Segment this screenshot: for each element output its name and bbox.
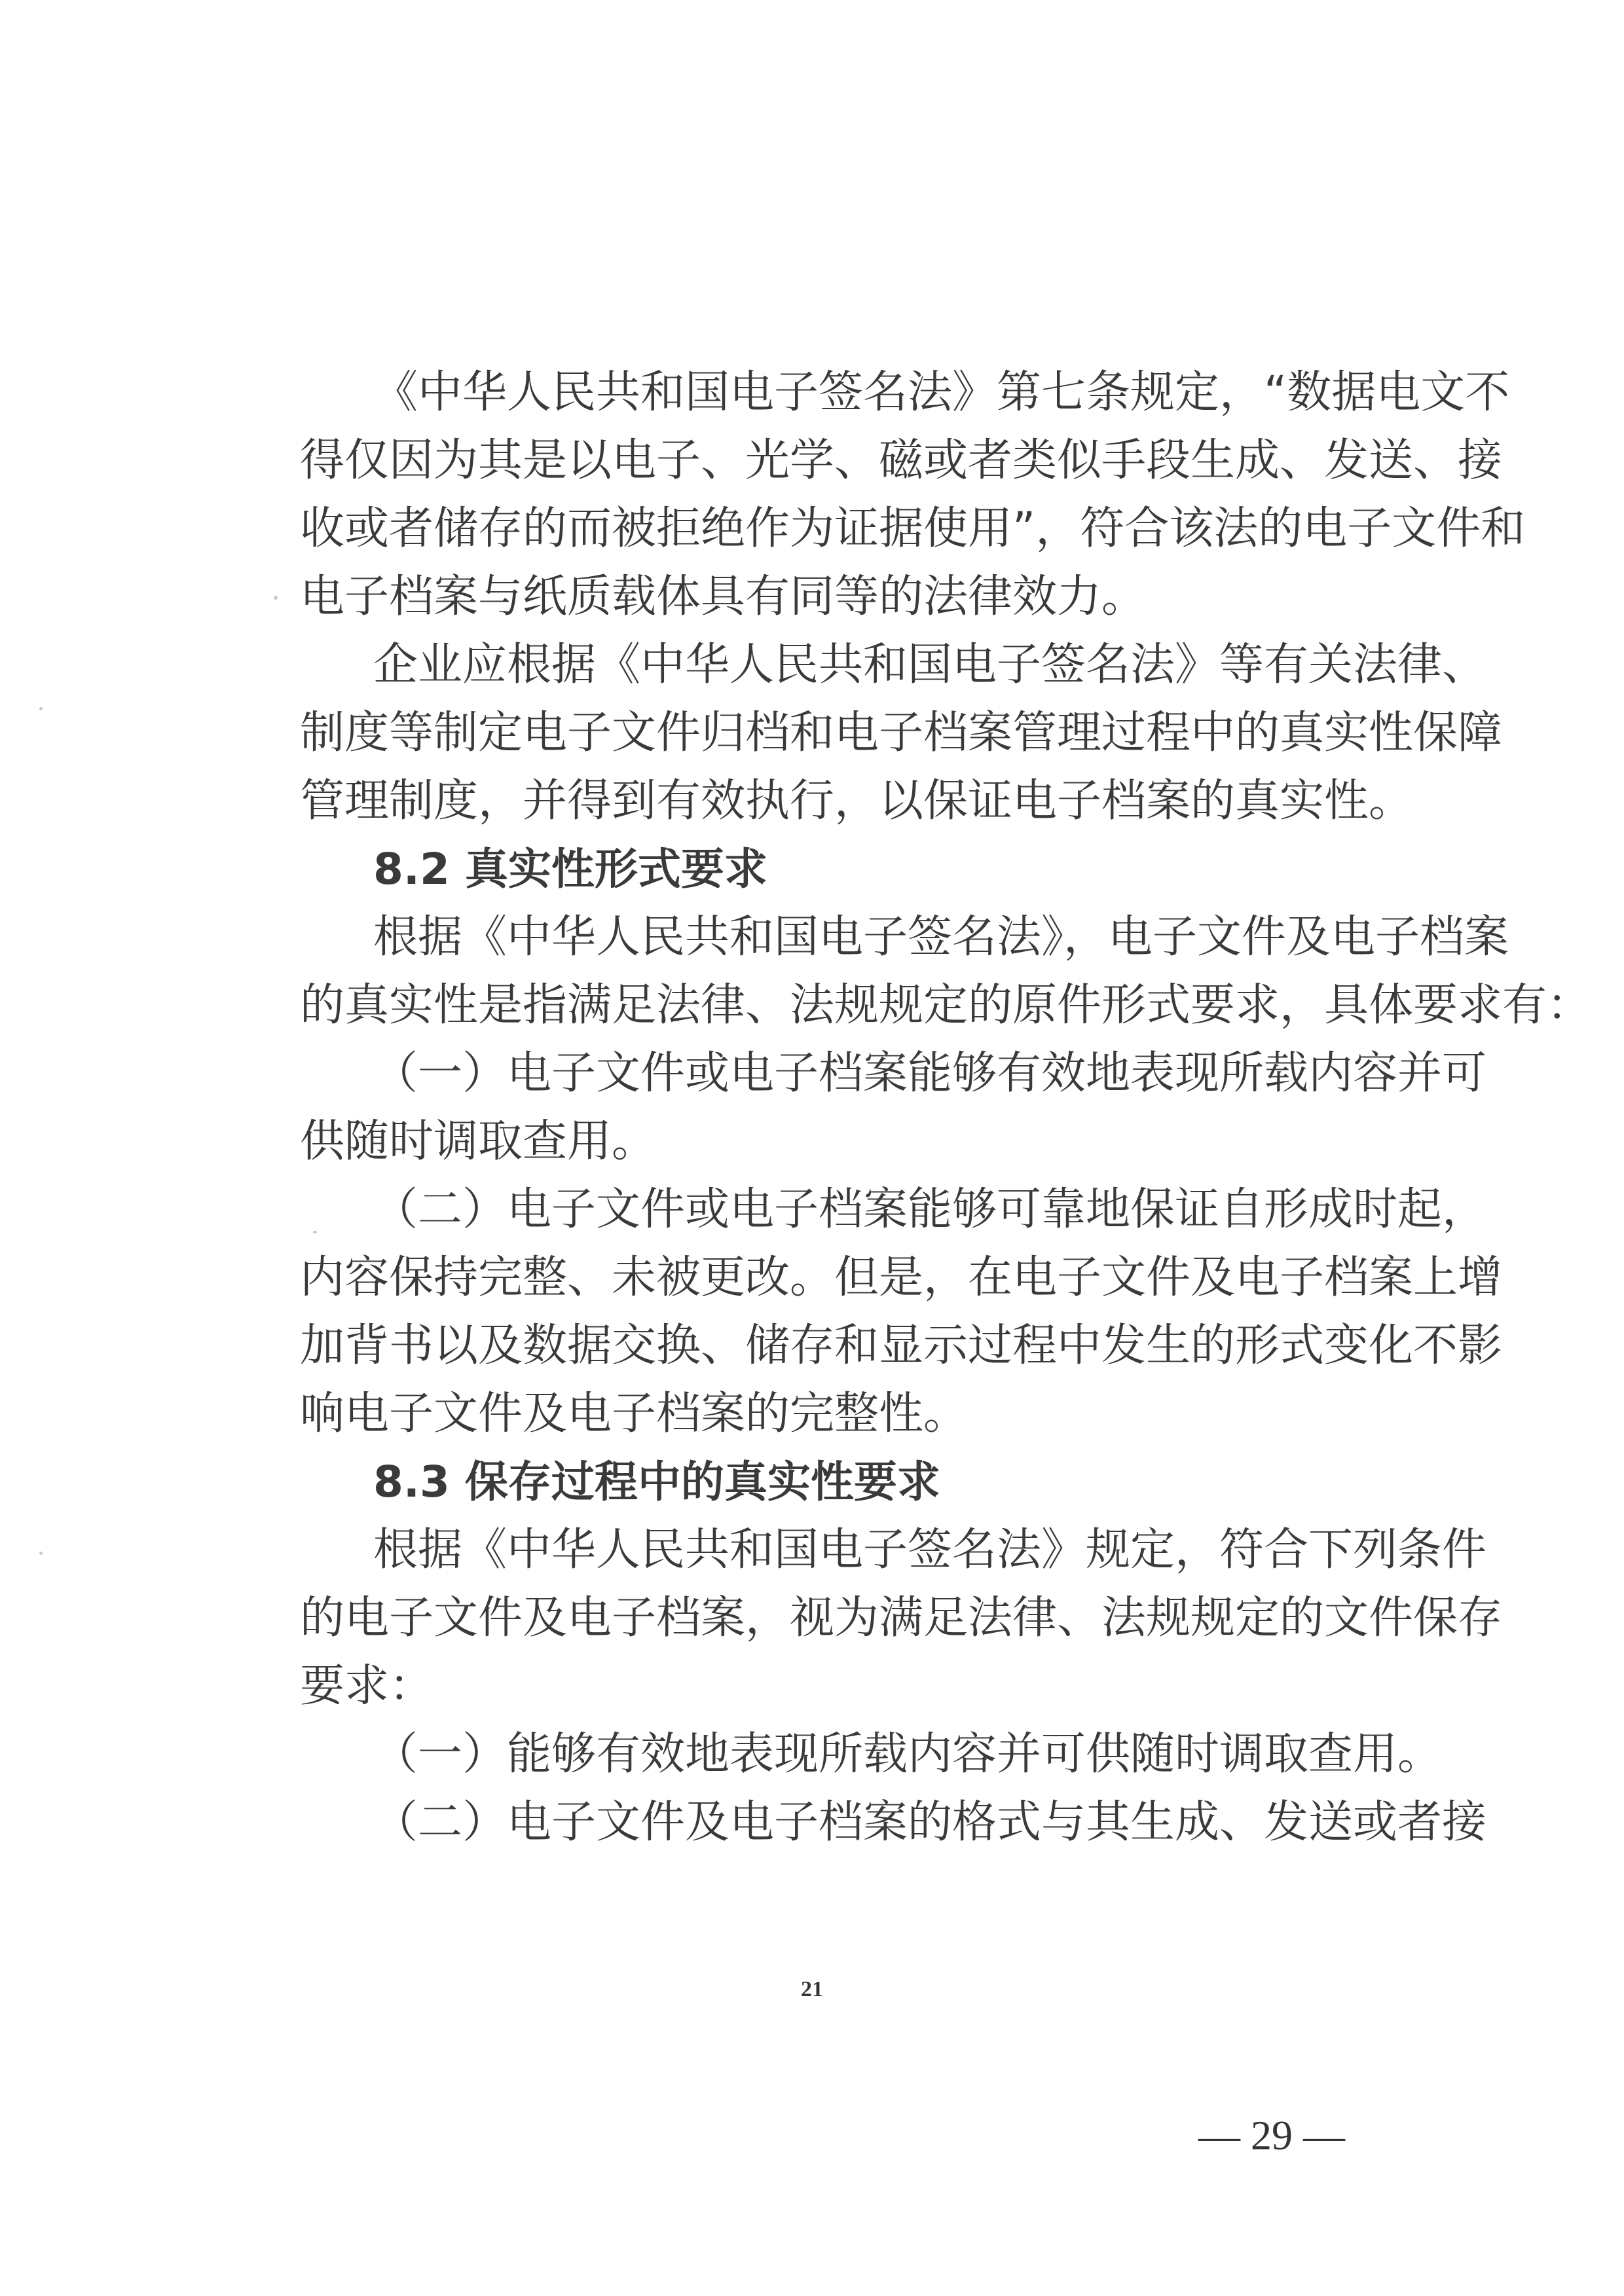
paragraph-line: 企业应根据《中华人民共和国电子签名法》等有关法律、 — [300, 631, 1340, 699]
scan-speck — [39, 1552, 43, 1555]
inner-page-number: 21 — [0, 1977, 1624, 2002]
paragraph-line: 根据《中华人民共和国电子签名法》，电子文件及电子档案 — [300, 903, 1340, 972]
paragraph-line: 管理制度，并得到有效执行，以保证电子档案的真实性。 — [300, 767, 1340, 835]
paragraph-line: 得仅因为其是以电子、光学、磁或者类似手段生成、发送、接 — [300, 427, 1340, 495]
paragraph-line: 内容保持完整、未被更改。但是，在电子文件及电子档案上增 — [300, 1244, 1340, 1312]
body-text: 《中华人民共和国电子签名法》第七条规定，“数据电文不得仅因为其是以电子、光学、磁… — [300, 359, 1340, 1857]
paragraph-line: （一）能够有效地表现所载内容并可供随时调取查用。 — [300, 1721, 1340, 1789]
scan-speck — [313, 1231, 317, 1233]
paragraph-line: 收或者储存的而被拒绝作为证据使用”，符合该法的电子文件和 — [300, 495, 1340, 563]
scan-speck — [39, 707, 43, 710]
paragraph-line: 的真实性是指满足法律、法规规定的原件形式要求，具体要求有： — [300, 972, 1340, 1040]
section-heading: 8.3 保存过程中的真实性要求 — [300, 1448, 1340, 1516]
document-page: 《中华人民共和国电子签名法》第七条规定，“数据电文不得仅因为其是以电子、光学、磁… — [0, 0, 1624, 2296]
paragraph-line: 制度等制定电子文件归档和电子档案管理过程中的真实性保障 — [300, 699, 1340, 767]
paragraph-line: 要求： — [300, 1652, 1340, 1721]
scan-speck — [274, 596, 278, 600]
section-heading: 8.2 真实性形式要求 — [300, 835, 1340, 903]
paragraph-line: （二）电子文件及电子档案的格式与其生成、发送或者接 — [300, 1789, 1340, 1857]
paragraph-line: （二）电子文件或电子档案能够可靠地保证自形成时起， — [300, 1176, 1340, 1244]
paragraph-line: 的电子文件及电子档案，视为满足法律、法规规定的文件保存 — [300, 1584, 1340, 1652]
paragraph-line: 电子档案与纸质载体具有同等的法律效力。 — [300, 563, 1340, 631]
paragraph-line: 《中华人民共和国电子签名法》第七条规定，“数据电文不 — [300, 359, 1340, 427]
paragraph-line: 供随时调取查用。 — [300, 1108, 1340, 1176]
paragraph-line: 加背书以及数据交换、储存和显示过程中发生的形式变化不影 — [300, 1312, 1340, 1380]
outer-page-number: — 29 — — [1198, 2111, 1345, 2160]
paragraph-line: （一）电子文件或电子档案能够有效地表现所载内容并可 — [300, 1040, 1340, 1108]
paragraph-line: 响电子文件及电子档案的完整性。 — [300, 1380, 1340, 1448]
paragraph-line: 根据《中华人民共和国电子签名法》规定，符合下列条件 — [300, 1516, 1340, 1584]
